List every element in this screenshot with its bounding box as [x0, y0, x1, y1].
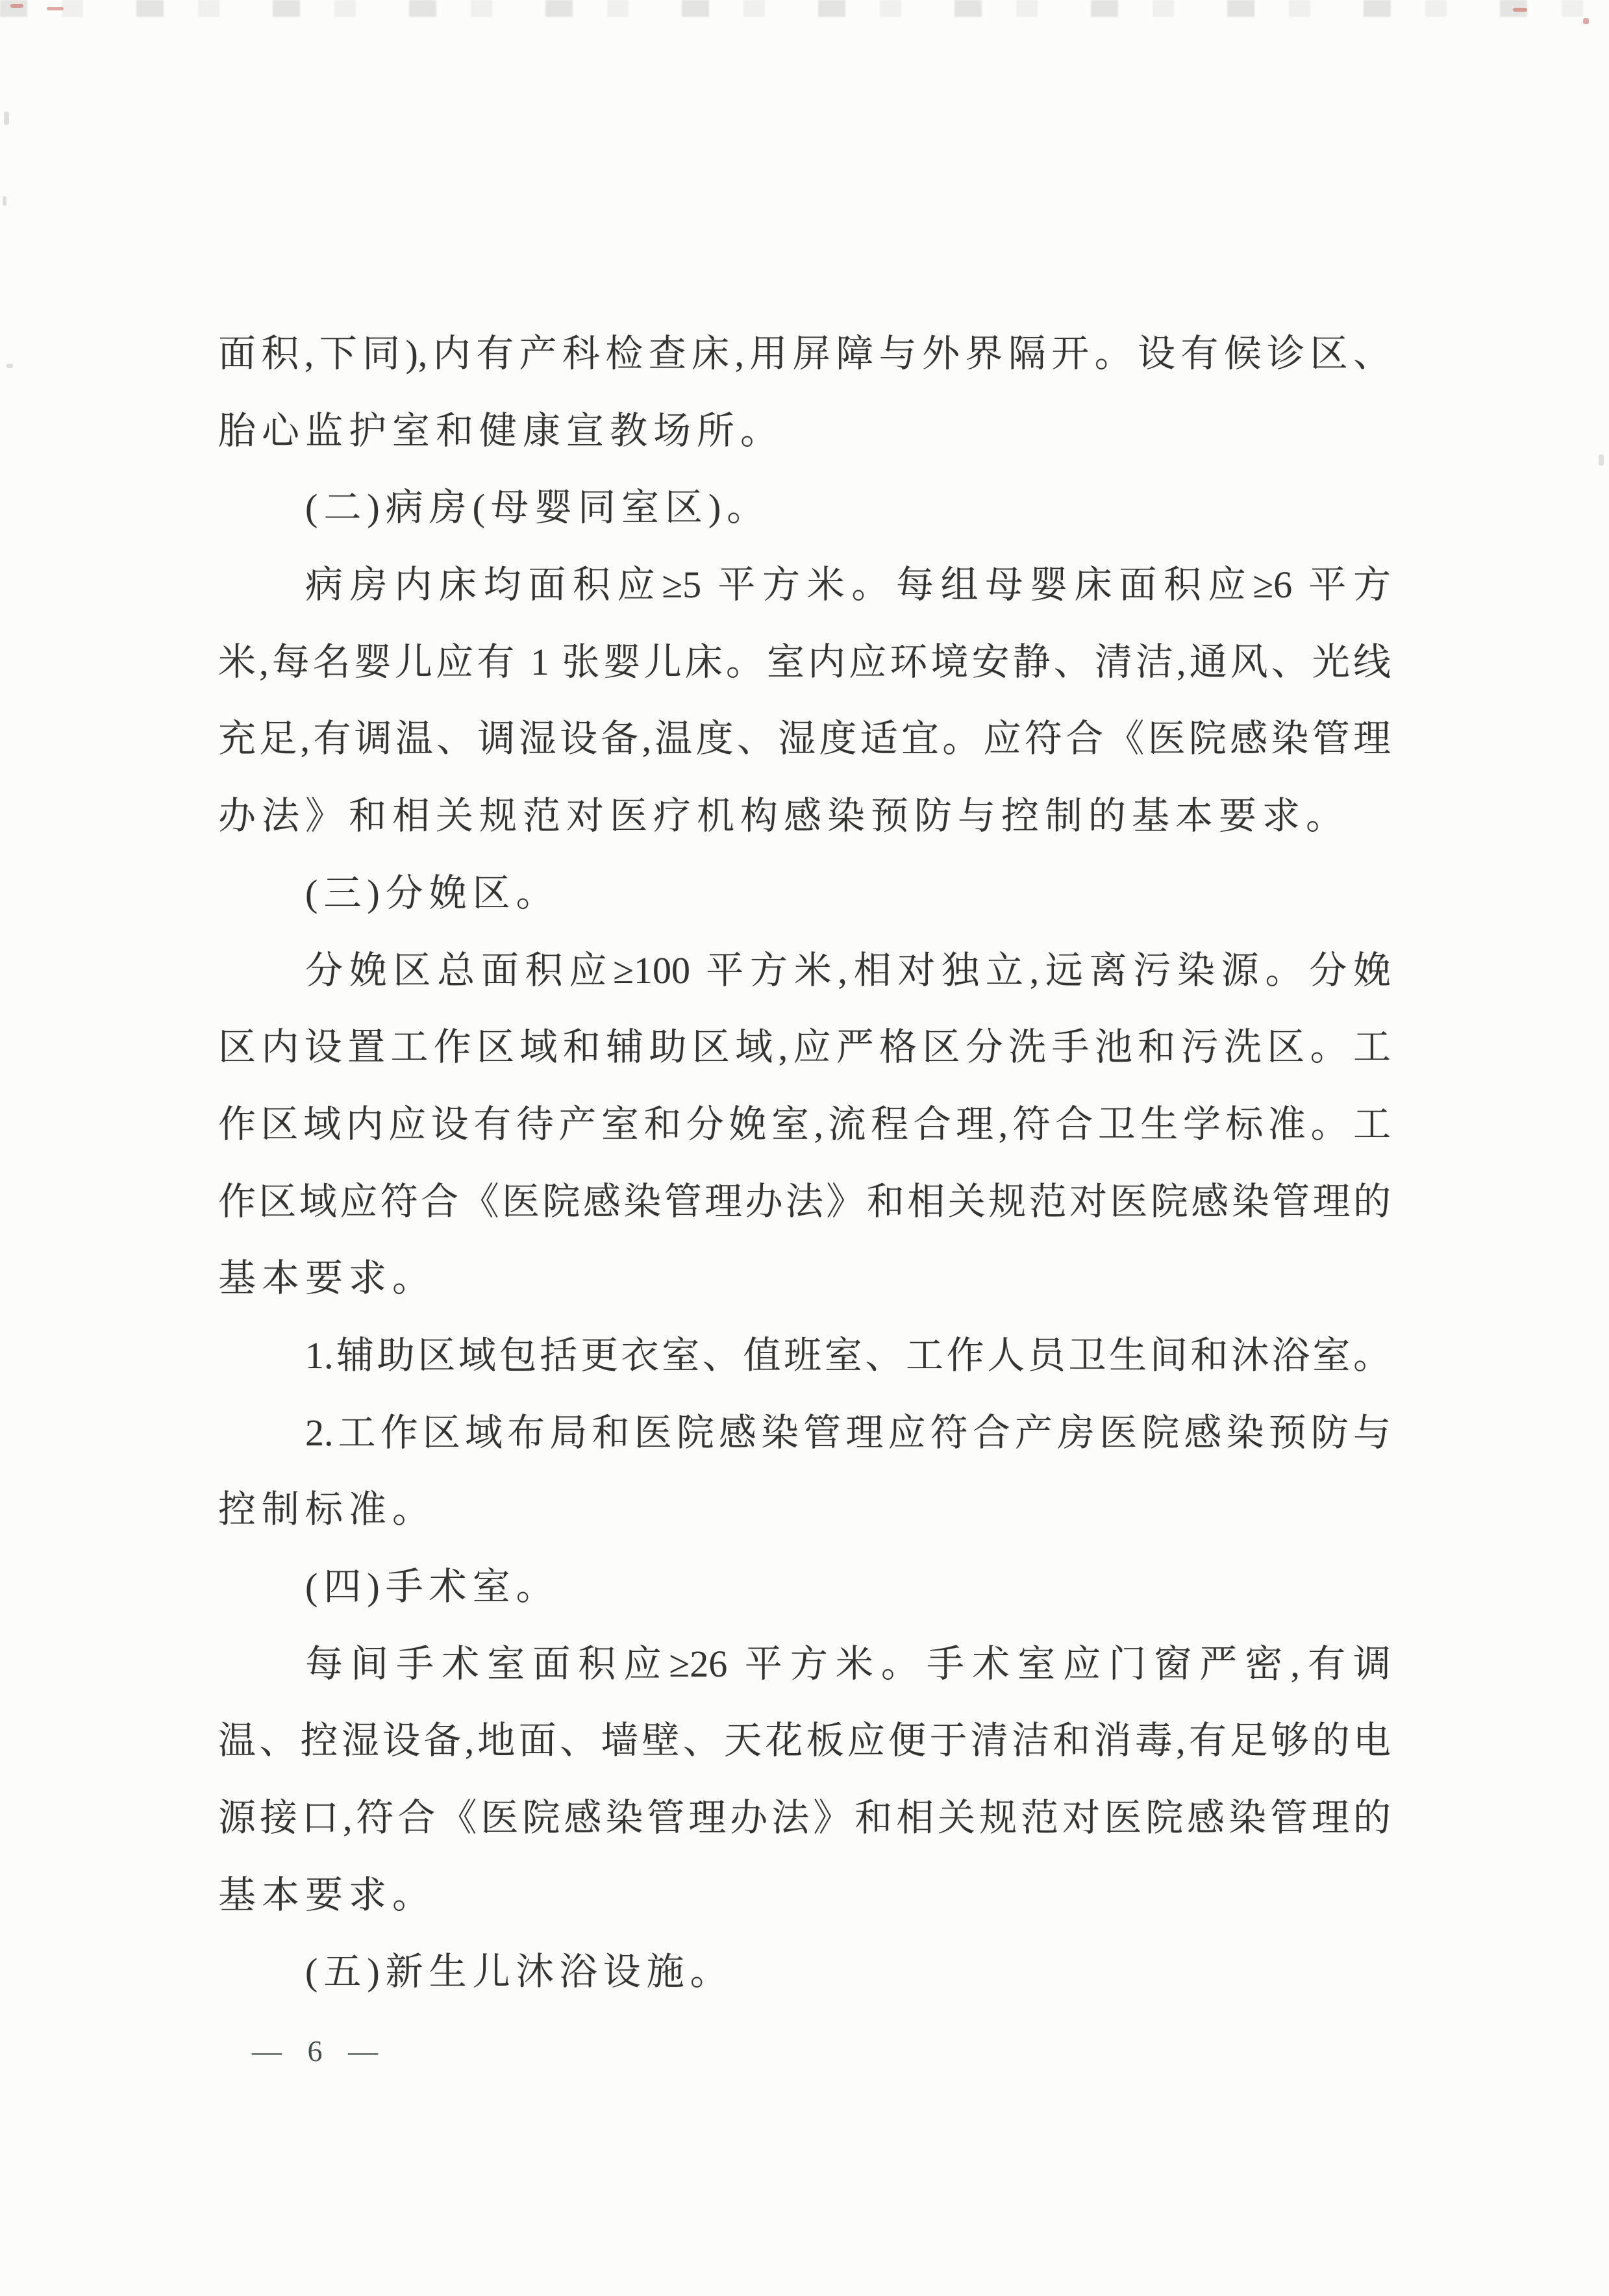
text-line: 病房内床均面积应≥5 平方米。每组母婴床面积应≥6 平方: [218, 547, 1391, 624]
heading-line: (二)病房(母婴同室区)。: [218, 469, 1391, 547]
list-item-line: 2.工作区域布局和医院感染管理应符合产房医院感染预防与: [218, 1395, 1391, 1472]
text-line: 每间手术室面积应≥26 平方米。手术室应门窗严密,有调: [218, 1626, 1391, 1703]
document-page: 面积,下同),内有产科检查床,用屏障与外界隔开。设有候诊区、胎心监护室和健康宣教…: [0, 0, 1609, 2296]
heading-line: (三)分娩区。: [218, 855, 1391, 932]
text-line: 作区域应符合《医院感染管理办法》和相关规范对医院感染管理的: [218, 1164, 1391, 1241]
list-item-line: 1.辅助区域包括更衣室、值班室、工作人员卫生间和沐浴室。: [218, 1317, 1391, 1395]
page-number-footer: — 6 —: [252, 2028, 387, 2074]
scan-artifact: [6, 364, 13, 368]
heading-line: (四)手术室。: [218, 1549, 1391, 1626]
text-line: 温、控湿设备,地面、墙壁、天花板应便于清洁和消毒,有足够的电: [218, 1703, 1391, 1780]
scan-artifact: [1513, 8, 1527, 12]
text-line: 基本要求。: [218, 1240, 1391, 1317]
text-line: 源接口,符合《医院感染管理办法》和相关规范对医院感染管理的: [218, 1780, 1391, 1857]
text-block: 面积,下同),内有产科检查床,用屏障与外界隔开。设有候诊区、胎心监护室和健康宣教…: [218, 316, 1391, 2011]
heading-line: (五)新生儿沐浴设施。: [218, 1934, 1391, 2011]
scan-artifact: [47, 7, 64, 10]
scan-artifact: [10, 4, 23, 8]
text-line: 分娩区总面积应≥100 平方米,相对独立,远离污染源。分娩: [218, 932, 1391, 1010]
scan-artifact: [1599, 455, 1604, 466]
text-line: 米,每名婴儿应有 1 张婴儿床。室内应环境安静、清洁,通风、光线: [218, 624, 1391, 701]
scan-artifact: [1583, 18, 1589, 24]
text-line: 面积,下同),内有产科检查床,用屏障与外界隔开。设有候诊区、: [218, 316, 1391, 393]
text-line: 胎心监护室和健康宣教场所。: [218, 393, 1391, 470]
text-line: 控制标准。: [218, 1471, 1391, 1549]
text-line: 基本要求。: [218, 1857, 1391, 1934]
scan-noise-strip: [0, 0, 1609, 17]
text-line: 充足,有调温、调湿设备,温度、湿度适宜。应符合《医院感染管理: [218, 701, 1391, 778]
text-line: 区内设置工作区域和辅助区域,应严格区分洗手池和污洗区。工: [218, 1009, 1391, 1086]
text-line: 办法》和相关规范对医疗机构感染预防与控制的基本要求。: [218, 778, 1391, 855]
text-line: 作区域内应设有待产室和分娩室,流程合理,符合卫生学标准。工: [218, 1086, 1391, 1164]
scan-artifact: [4, 112, 9, 125]
scan-artifact: [3, 196, 6, 206]
